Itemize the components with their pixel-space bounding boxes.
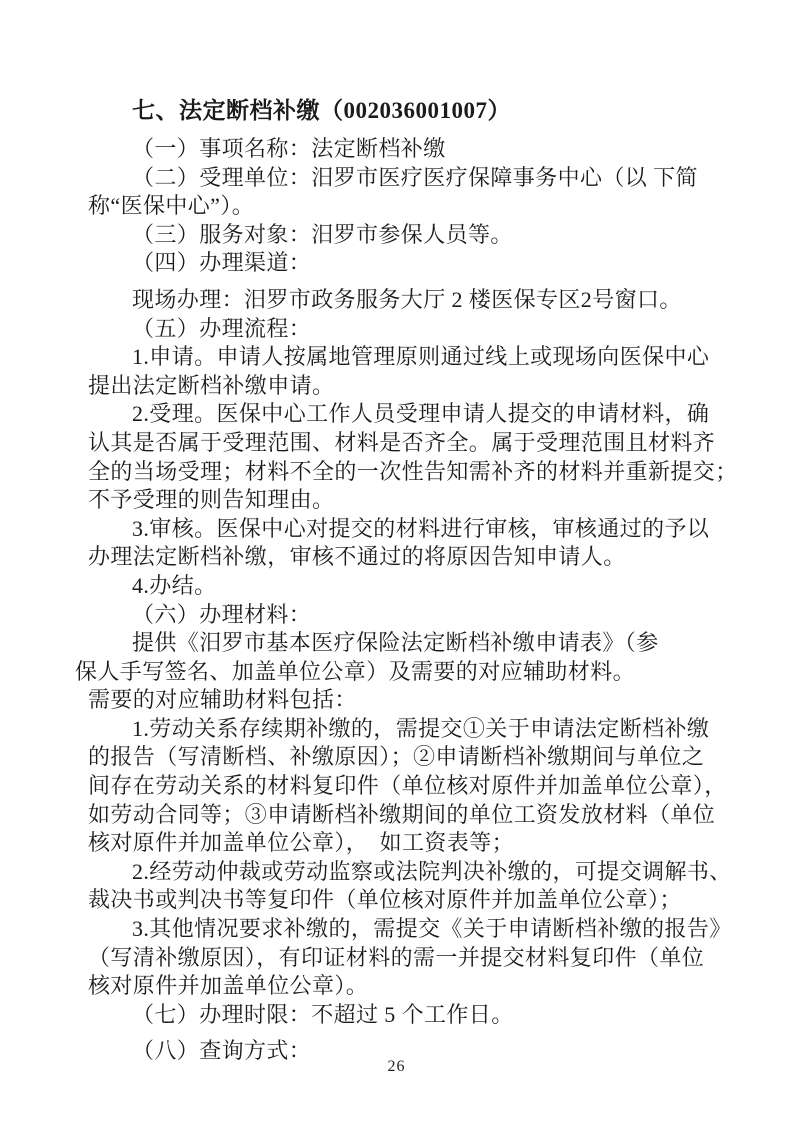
text-line: 如劳动合同等；③申请断档补缴期间的单位工资发放材料（单位 bbox=[88, 801, 709, 830]
text-line: 裁决书或判决书等复印件（单位核对原件并加盖单位公章）； bbox=[88, 886, 709, 915]
text-line: 3.审核。医保中心对提交的材料进行审核，审核通过的予以 bbox=[132, 515, 709, 544]
text-line: 3.其他情况要求补缴的，需提交《关于申请断档补缴的报告》 bbox=[132, 915, 709, 944]
text-line: 核对原件并加盖单位公章）。 bbox=[88, 972, 709, 1001]
text-line: （七）办理时限：不超过 5 个工作日。 bbox=[132, 1001, 709, 1030]
text-line: （三）服务对象：汨罗市参保人员等。 bbox=[132, 221, 709, 250]
text-line: 认其是否属于受理范围、材料是否齐全。属于受理范围且材料齐 bbox=[88, 429, 709, 458]
text-line: 全的当场受理；材料不全的一次性告知需补齐的材料并重新提交； bbox=[88, 458, 709, 487]
text-line: 提供《汨罗市基本医疗保险法定断档补缴申请表》（参 bbox=[132, 629, 709, 658]
text-line: 提出法定断档补缴申请。 bbox=[88, 372, 709, 401]
text-line: 间存在劳动关系的材料复印件（单位核对原件并加盖单位公章）， bbox=[88, 772, 709, 801]
text-line: （五）办理流程： bbox=[132, 315, 709, 344]
text-line: 称“医保中心”）。 bbox=[88, 192, 709, 221]
text-line: （二）受理单位：汨罗市医疗医疗保障事务中心（以 下简 bbox=[132, 164, 709, 193]
text-line: （一）事项名称：法定断档补缴 bbox=[132, 135, 709, 164]
text-line: （写清补缴原因），有印证材料的需一并提交材料复印件（单位 bbox=[88, 944, 709, 973]
text-line: 核对原件并加盖单位公章）， 如工资表等； bbox=[88, 829, 709, 858]
text-line: 需要的对应辅助材料包括： bbox=[88, 686, 709, 715]
text-line: 2.经劳动仲裁或劳动监察或法院判决补缴的，可提交调解书、 bbox=[132, 858, 709, 887]
text-line: 1.劳动关系存续期补缴的，需提交①关于申请法定断档补缴 bbox=[132, 715, 709, 744]
document-title: 七、法定断档补缴（002036001007） bbox=[132, 96, 709, 125]
text-line: 4.办结。 bbox=[132, 572, 709, 601]
text-line: 保人手写签名、加盖单位公章）及需要的对应辅助材料。 bbox=[75, 658, 709, 687]
text-line: 的报告（写清断档、补缴原因）；②申请断档补缴期间与单位之 bbox=[88, 743, 709, 772]
text-line: 不予受理的则告知理由。 bbox=[88, 486, 709, 515]
document-body: （一）事项名称：法定断档补缴（二）受理单位：汨罗市医疗医疗保障事务中心（以 下简… bbox=[88, 135, 709, 1066]
page-number: 26 bbox=[0, 1058, 793, 1076]
text-line: 2.受理。医保中心工作人员受理申请人提交的申请材料，确 bbox=[132, 400, 709, 429]
text-line: 现场办理：汨罗市政务服务大厅 2 楼医保专区2号窗口。 bbox=[132, 286, 709, 315]
text-line: （六）办理材料： bbox=[132, 601, 709, 630]
text-line: 1.申请。申请人按属地管理原则通过线上或现场向医保中心 bbox=[132, 343, 709, 372]
text-line: 办理法定断档补缴，审核不通过的将原因告知申请人。 bbox=[88, 543, 709, 572]
text-line: （四）办理渠道： bbox=[132, 249, 709, 278]
document-page: 七、法定断档补缴（002036001007） （一）事项名称：法定断档补缴（二）… bbox=[0, 0, 793, 1122]
